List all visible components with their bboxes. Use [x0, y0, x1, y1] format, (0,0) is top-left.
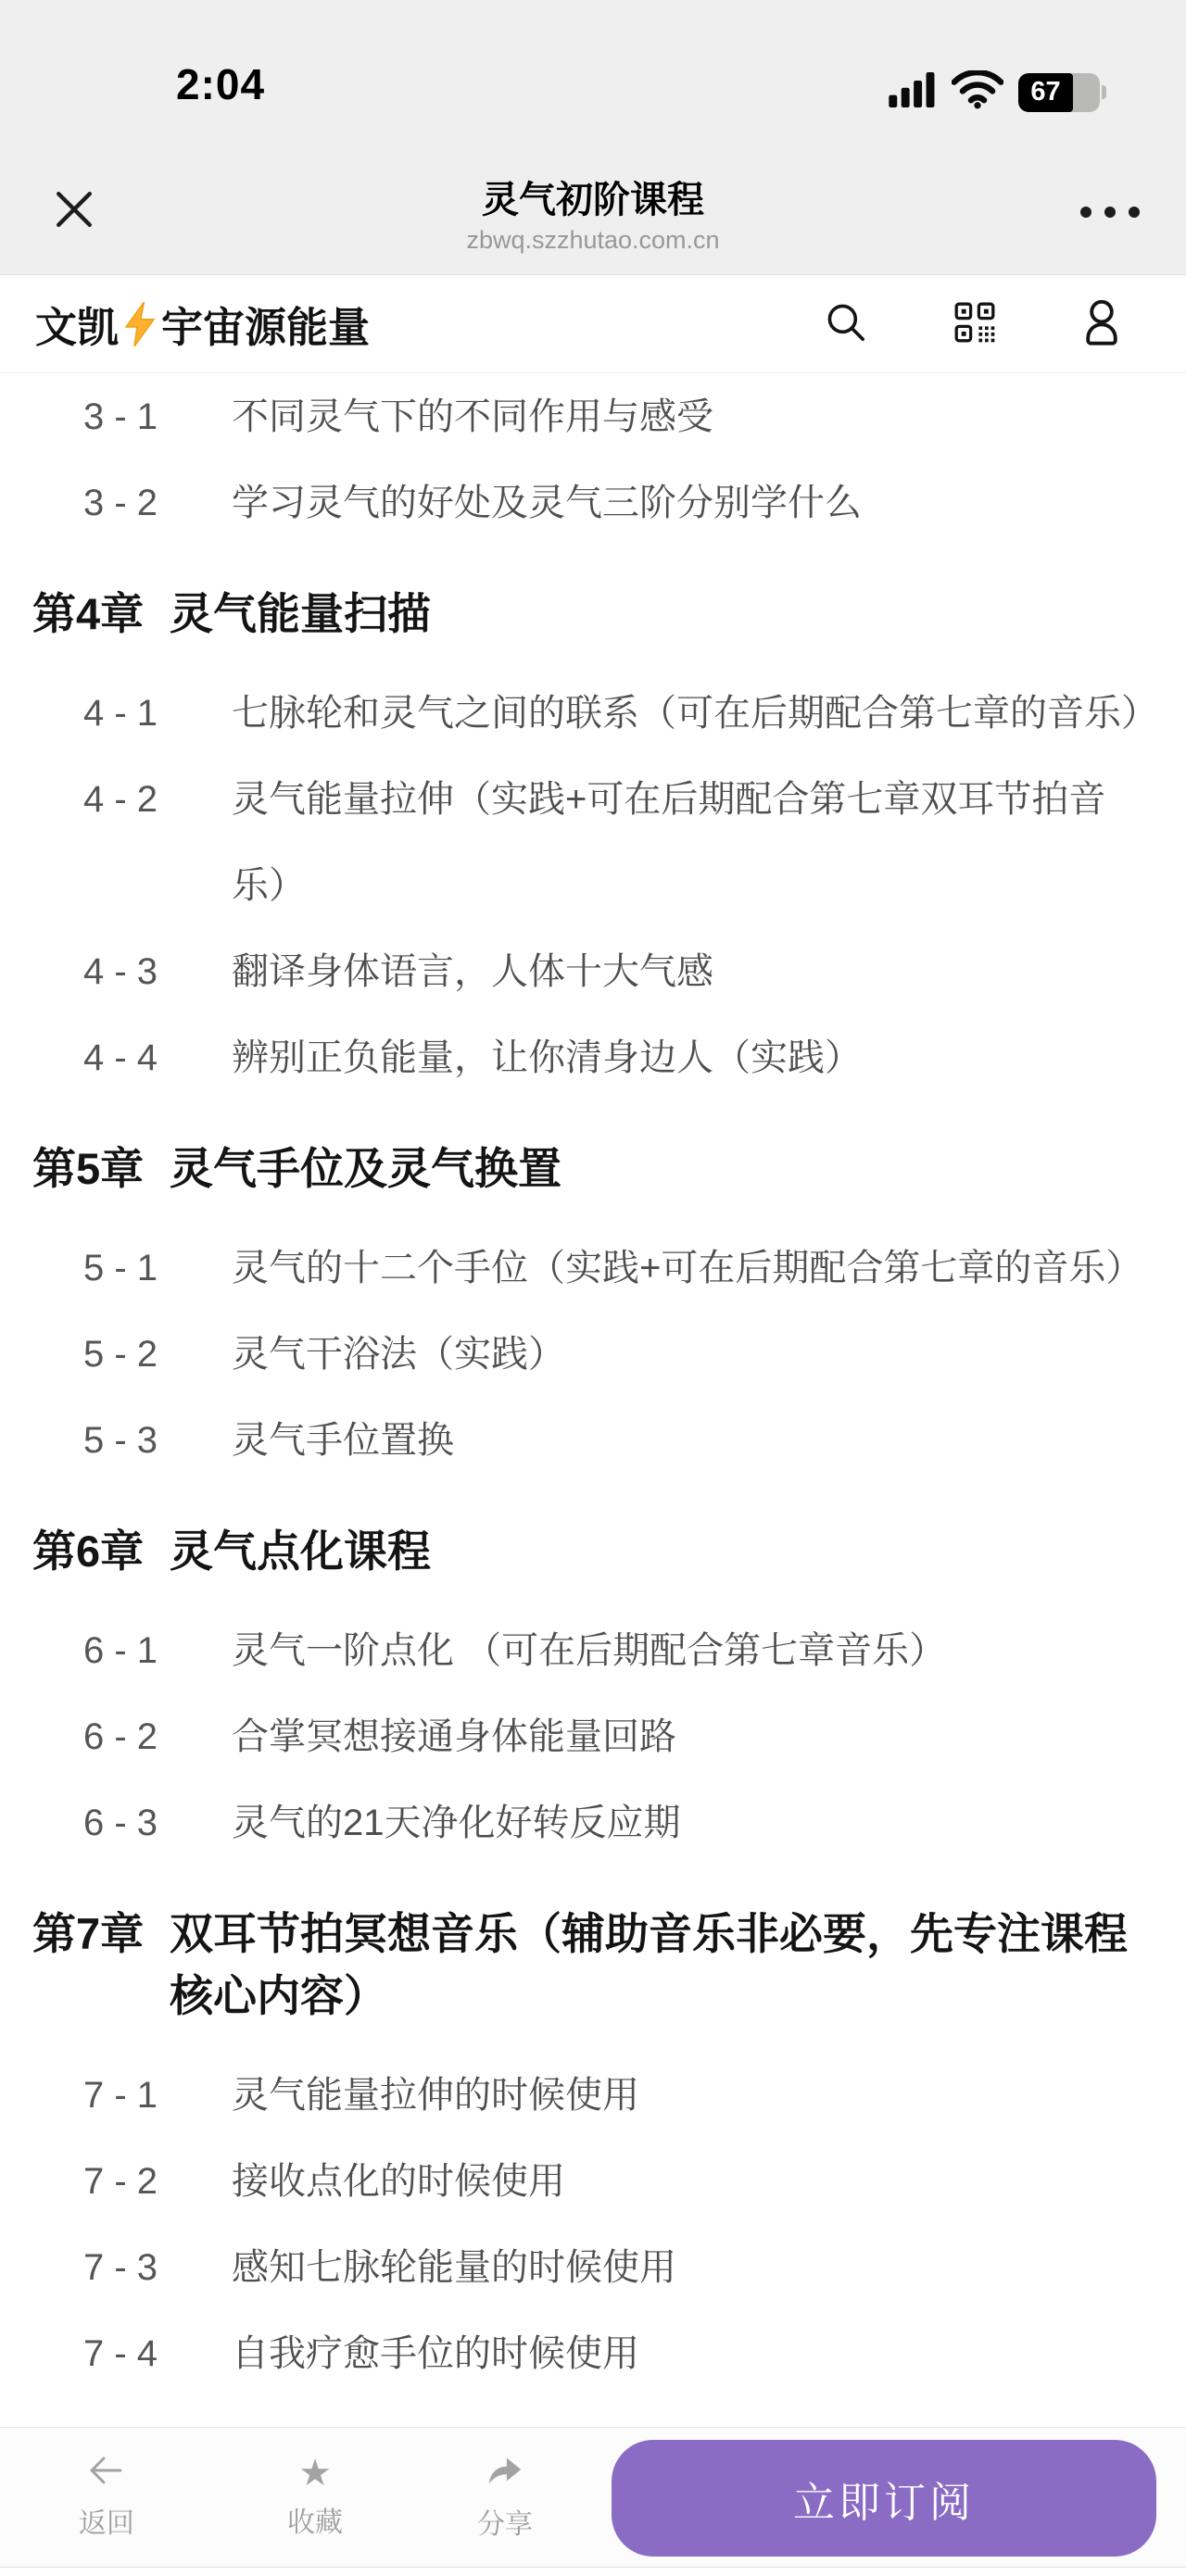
- lesson-title: 翻译身体语言，人体十大气感: [232, 929, 1149, 1015]
- lesson-title: 灵气干浴法（实践）: [232, 1312, 1149, 1398]
- page-url: zbwq.szzhutao.com.cn: [0, 226, 1186, 255]
- lesson-title: 灵气的21天净化好转反应期: [232, 1780, 1149, 1866]
- share-label: 分享: [477, 2501, 533, 2542]
- lesson-title: 灵气能量拉伸（实践+可在后期配合第七章双耳节拍音乐）: [232, 757, 1149, 929]
- brand-suffix: 宇宙源能量: [161, 294, 370, 354]
- star-icon: ★: [298, 2455, 332, 2492]
- qr-code-icon: [954, 302, 995, 346]
- lesson-number: 3 - 1: [83, 374, 232, 460]
- lesson-number: 5 - 2: [83, 1312, 232, 1398]
- lesson-number: 6 - 2: [83, 1694, 232, 1780]
- lesson-number: 4 - 1: [83, 671, 232, 757]
- chapter-title: 灵气点化课程: [170, 1520, 1149, 1582]
- battery-percent: 67: [1018, 73, 1073, 112]
- lesson-title: 灵气一阶点化 （可在后期配合第七章音乐）: [232, 1608, 1149, 1694]
- lesson-number: 6 - 3: [83, 1780, 232, 1866]
- lesson-number: 7 - 3: [83, 2225, 232, 2311]
- chapter-number: 第6章: [32, 1520, 170, 1582]
- more-button[interactable]: [1069, 193, 1143, 233]
- outline-lesson-row[interactable]: 4 - 2 灵气能量拉伸（实践+可在后期配合第七章双耳节拍音乐）: [0, 757, 1186, 929]
- back-icon: [87, 2455, 126, 2493]
- lesson-title: 感知七脉轮能量的时候使用: [232, 2225, 1149, 2311]
- chapter-number: 第4章: [32, 583, 170, 645]
- outline-chapter-row: 第6章 灵气点化课程: [0, 1520, 1186, 1582]
- status-icons: 67: [889, 70, 1106, 114]
- lightning-icon: [122, 302, 158, 346]
- battery-tip: [1102, 85, 1106, 99]
- lesson-number: 4 - 4: [83, 1015, 232, 1101]
- lesson-title: 学习灵气的好处及灵气三阶分别学什么: [232, 460, 1149, 547]
- status-time: 2:04: [176, 59, 265, 109]
- chapter-number: 第7章: [32, 1903, 170, 2027]
- lesson-number: 7 - 2: [83, 2139, 232, 2225]
- qr-button[interactable]: [954, 302, 995, 346]
- outline-chapter-row: 第4章 灵气能量扫描: [0, 583, 1186, 645]
- lesson-number: 4 - 3: [83, 929, 232, 1015]
- page-title: 灵气初阶课程: [0, 170, 1186, 223]
- favorite-label: 收藏: [287, 2499, 343, 2540]
- lesson-number: 6 - 1: [83, 1608, 232, 1694]
- battery-icon: 67: [1018, 73, 1106, 112]
- site-header: 文凯 宇宙源能量: [0, 275, 1186, 373]
- chapter-title: 双耳节拍冥想音乐（辅助音乐非必要，先专注课程核心内容）: [170, 1903, 1149, 2027]
- lesson-number: 7 - 4: [83, 2311, 232, 2397]
- outline-lesson-row[interactable]: 4 - 4 辨别正负能量，让你清身边人（实践）: [0, 1015, 1186, 1101]
- outline-lesson-row[interactable]: 7 - 4 自我疗愈手位的时候使用: [0, 2311, 1186, 2397]
- lesson-title: 接收点化的时候使用: [232, 2139, 1149, 2225]
- outline-lesson-row[interactable]: 5 - 3 灵气手位置换: [0, 1398, 1186, 1484]
- search-button[interactable]: [825, 301, 867, 346]
- lesson-title: 灵气能量拉伸的时候使用: [232, 2053, 1149, 2139]
- outline-lesson-row[interactable]: 7 - 2 接收点化的时候使用: [0, 2139, 1186, 2225]
- lesson-title: 合掌冥想接通身体能量回路: [232, 1694, 1149, 1780]
- subscribe-button[interactable]: 立即订阅: [612, 2440, 1156, 2557]
- wifi-icon: [952, 70, 1003, 114]
- outline-lesson-row[interactable]: 3 - 2 学习灵气的好处及灵气三阶分别学什么: [0, 460, 1186, 547]
- outline-lesson-row[interactable]: 4 - 3 翻译身体语言，人体十大气感: [0, 929, 1186, 1015]
- outline-chapter-row: 第5章 灵气手位及灵气换置: [0, 1137, 1186, 1200]
- outline-lesson-row[interactable]: 3 - 1 不同灵气下的不同作用与感受: [0, 374, 1186, 460]
- search-icon: [825, 301, 867, 346]
- chapter-title: 灵气手位及灵气换置: [170, 1137, 1149, 1200]
- favorite-button[interactable]: ★ 收藏: [259, 2428, 371, 2567]
- chapter-number: 第5章: [32, 1137, 170, 1200]
- back-label: 返回: [79, 2500, 134, 2541]
- lesson-title: 不同灵气下的不同作用与感受: [232, 374, 1149, 460]
- share-icon: [486, 2454, 524, 2494]
- wechat-navbar: 灵气初阶课程 zbwq.szzhutao.com.cn: [0, 148, 1186, 275]
- course-outline: 3 - 1 不同灵气下的不同作用与感受 3 - 2 学习灵气的好处及灵气三阶分别…: [0, 374, 1186, 2397]
- profile-icon: [1082, 299, 1121, 348]
- lesson-title: 灵气手位置换: [232, 1398, 1149, 1484]
- outline-lesson-row[interactable]: 6 - 2 合掌冥想接通身体能量回路: [0, 1694, 1186, 1780]
- outline-lesson-row[interactable]: 5 - 2 灵气干浴法（实践）: [0, 1312, 1186, 1398]
- lesson-number: 3 - 2: [83, 460, 232, 547]
- site-logo[interactable]: 文凯 宇宙源能量: [35, 294, 370, 354]
- lesson-title: 自我疗愈手位的时候使用: [232, 2311, 1149, 2397]
- lesson-number: 5 - 3: [83, 1398, 232, 1484]
- header-icons: [825, 299, 1121, 348]
- share-button[interactable]: 分享: [449, 2428, 561, 2567]
- brand-prefix: 文凯: [35, 294, 119, 354]
- outline-lesson-row[interactable]: 5 - 1 灵气的十二个手位（实践+可在后期配合第七章的音乐）: [0, 1225, 1186, 1312]
- outline-lesson-row[interactable]: 6 - 1 灵气一阶点化 （可在后期配合第七章音乐）: [0, 1608, 1186, 1694]
- outline-lesson-row[interactable]: 4 - 1 七脉轮和灵气之间的联系（可在后期配合第七章的音乐）: [0, 671, 1186, 757]
- phone-screen: 2:04 67: [0, 0, 1186, 2576]
- outline-chapter-row: 第7章 双耳节拍冥想音乐（辅助音乐非必要，先专注课程核心内容）: [0, 1903, 1186, 2027]
- bottom-toolbar: 返回 ★ 收藏 分享 立即订阅: [0, 2427, 1186, 2568]
- lesson-number: 7 - 1: [83, 2053, 232, 2139]
- outline-lesson-row[interactable]: 7 - 1 灵气能量拉伸的时候使用: [0, 2053, 1186, 2139]
- chapter-title: 灵气能量扫描: [170, 583, 1149, 645]
- lesson-title: 七脉轮和灵气之间的联系（可在后期配合第七章的音乐）: [232, 671, 1149, 757]
- lesson-title: 辨别正负能量，让你清身边人（实践）: [232, 1015, 1149, 1101]
- lesson-number: 4 - 2: [83, 757, 232, 929]
- profile-button[interactable]: [1082, 299, 1121, 348]
- status-bar: 2:04 67: [0, 0, 1186, 148]
- lesson-number: 5 - 1: [83, 1225, 232, 1312]
- outline-lesson-row[interactable]: 6 - 3 灵气的21天净化好转反应期: [0, 1780, 1186, 1866]
- outline-lesson-row[interactable]: 7 - 3 感知七脉轮能量的时候使用: [0, 2225, 1186, 2311]
- back-button[interactable]: 返回: [51, 2428, 162, 2567]
- more-icon: [1075, 210, 1145, 224]
- signal-icon: [889, 72, 937, 112]
- lesson-title: 灵气的十二个手位（实践+可在后期配合第七章的音乐）: [232, 1225, 1149, 1312]
